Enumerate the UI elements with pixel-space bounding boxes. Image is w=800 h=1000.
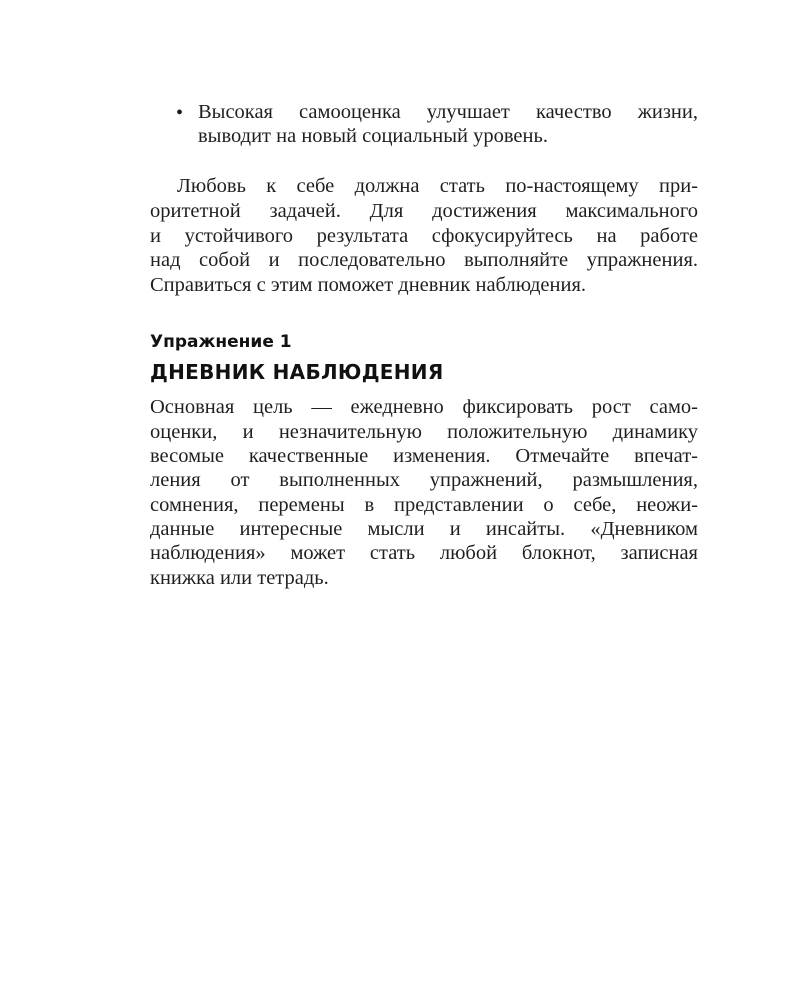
- paragraph-line: сомнения, перемены в представлении о себ…: [150, 493, 698, 517]
- paragraph-line: над собой и последовательно выполняйте у…: [150, 248, 698, 272]
- paragraph-line: и устойчивого результата сфокусируйтесь …: [150, 224, 698, 248]
- paragraph-line: Справиться с этим поможет дневник наблюд…: [150, 273, 698, 297]
- paragraph-line: наблюдения» может стать любой блокнот, з…: [150, 541, 698, 565]
- exercise-label: Упражнение 1: [150, 331, 292, 353]
- paragraph-line: оценки, и незначительную положительную д…: [150, 420, 698, 444]
- paragraph-line: данные интересные мысли и инсайты. «Днев…: [150, 517, 698, 541]
- paragraph-line: Основная цель — ежедневно фиксировать ро…: [150, 395, 698, 419]
- bullet-marker: •: [176, 101, 183, 125]
- paragraph-line: оритетной задачей. Для достижения максим…: [150, 199, 698, 223]
- paragraph-line: Любовь к себе должна стать по-настоящему…: [177, 174, 698, 198]
- exercise-title: ДНЕВНИК НАБЛЮДЕНИЯ: [150, 359, 444, 385]
- bullet-item-line: выводит на новый социальный уровень.: [198, 124, 698, 148]
- bullet-item-line: Высокая самооценка улучшает качество жиз…: [198, 100, 698, 124]
- paragraph-line: ления от выполненных упражнений, размышл…: [150, 468, 698, 492]
- paragraph-line: книжка или тетрадь.: [150, 566, 698, 590]
- book-page: • Высокая самооценка улучшает качество ж…: [0, 0, 800, 1000]
- paragraph-line: весомые качественные изменения. Отмечайт…: [150, 444, 698, 468]
